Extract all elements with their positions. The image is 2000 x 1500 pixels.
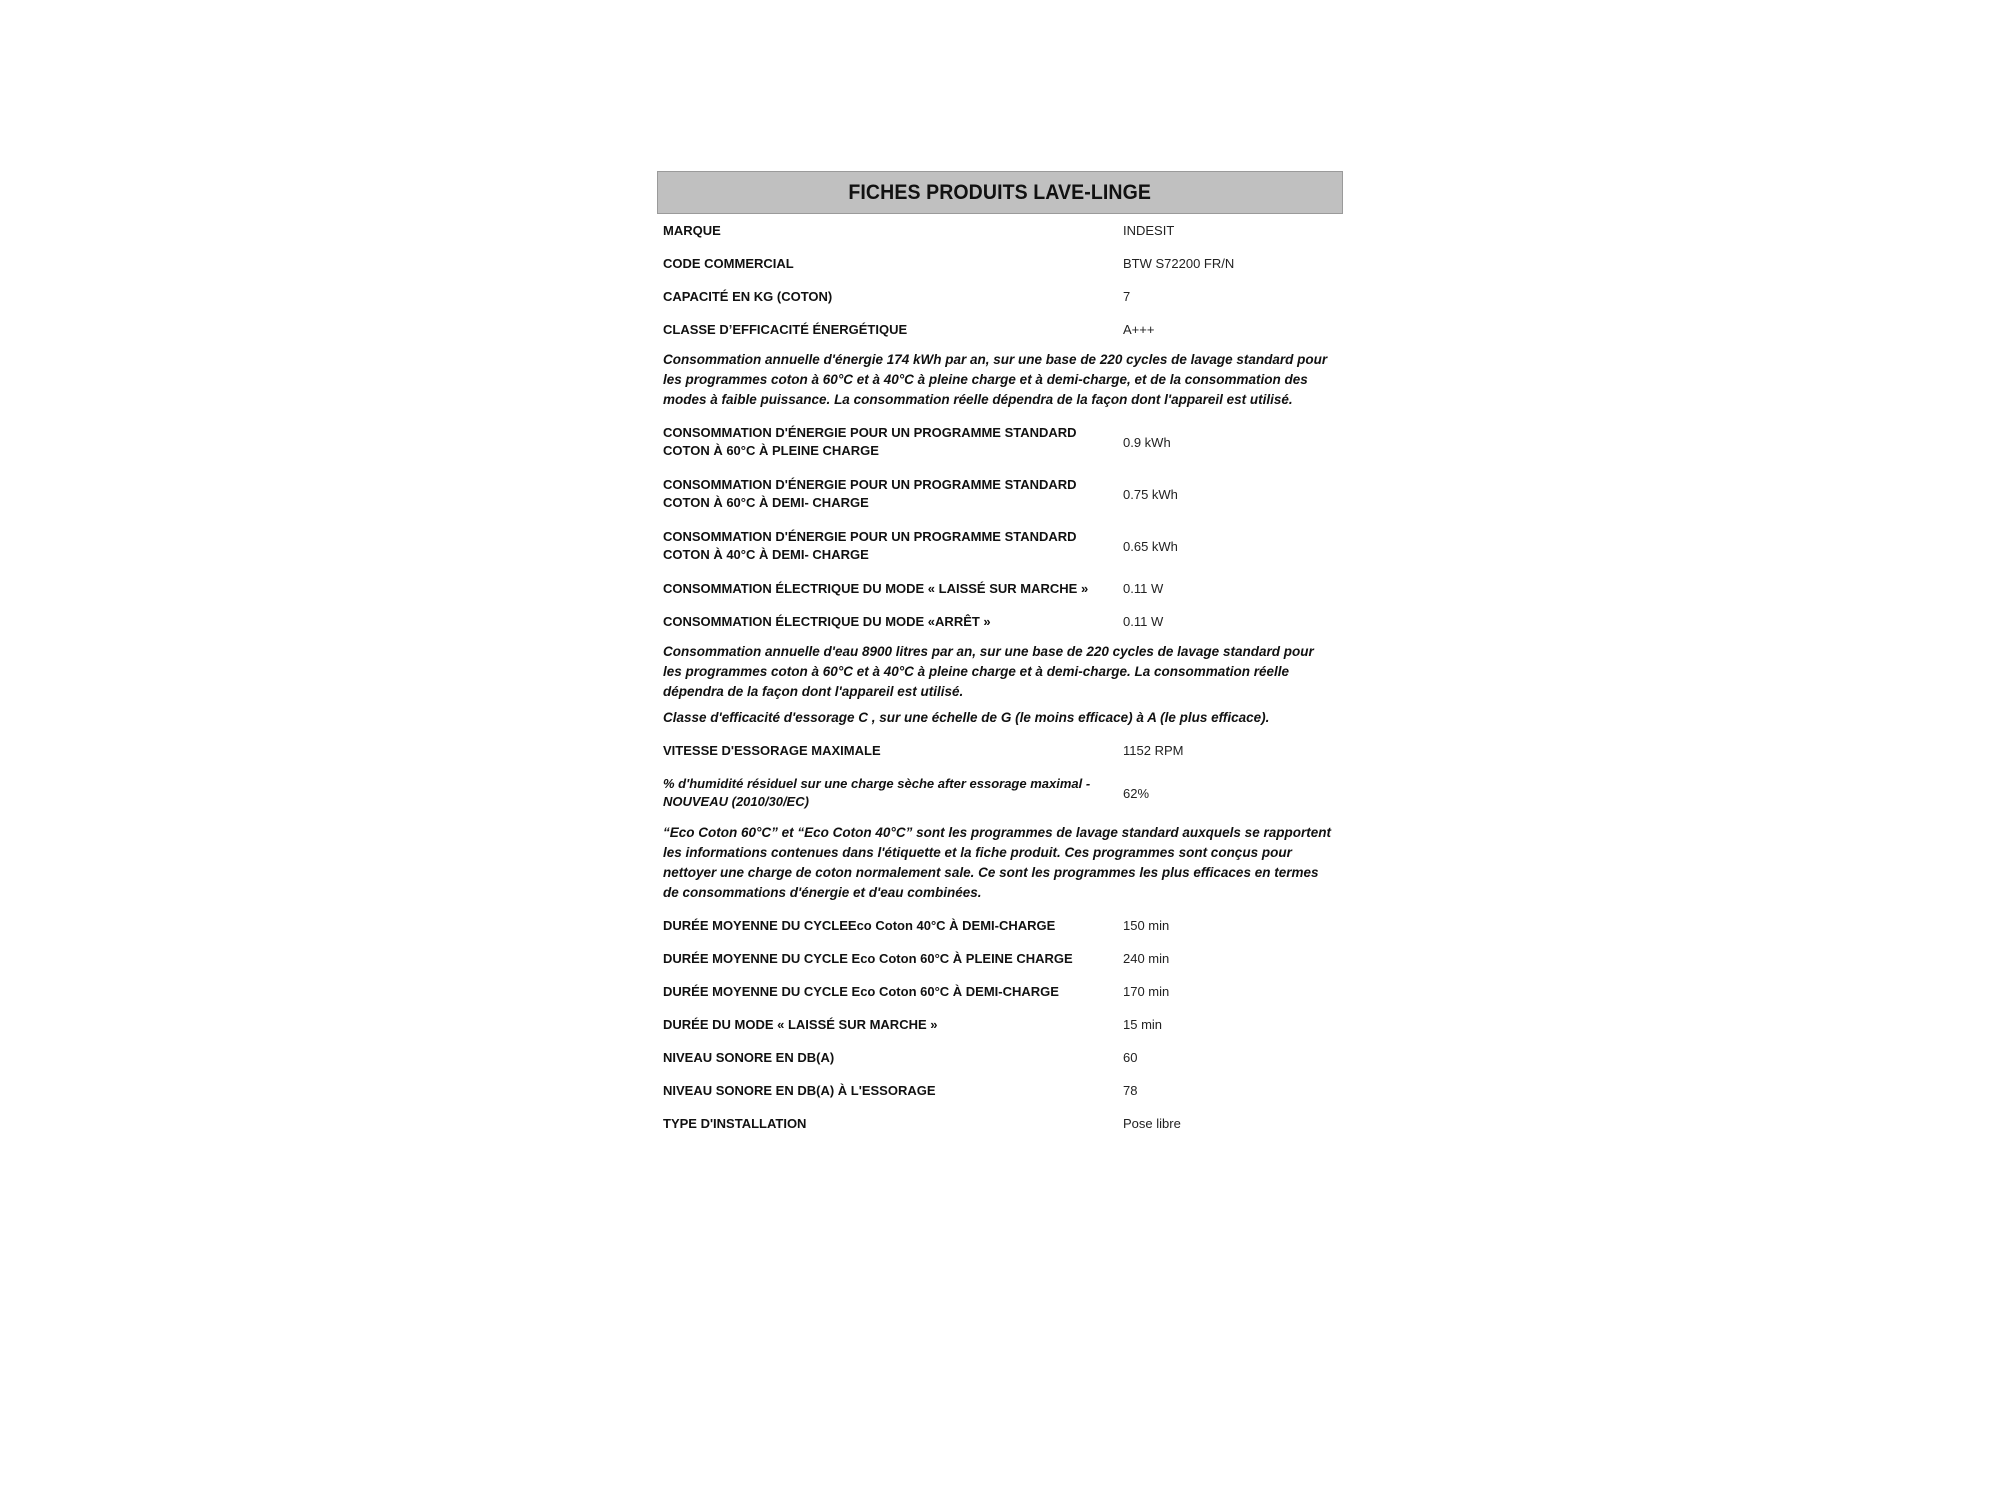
row-label: CONSOMMATION ÉLECTRIQUE DU MODE « LAISSÉ…: [663, 580, 1123, 598]
row-cycle-duration-60-half: DURÉE MOYENNE DU CYCLE Eco Coton 60°C À …: [663, 975, 1343, 1008]
row-max-spin-speed: VITESSE D'ESSORAGE MAXIMALE 1152 RPM: [663, 734, 1343, 767]
row-label: DURÉE MOYENNE DU CYCLE Eco Coton 60°C À …: [663, 983, 1123, 1001]
row-label: CODE COMMERCIAL: [663, 255, 1123, 273]
row-label: % d'humidité résiduel sur une charge sèc…: [663, 775, 1123, 811]
row-value: 15 min: [1123, 1017, 1343, 1032]
row-value: BTW S72200 FR/N: [1123, 256, 1343, 271]
water-consumption-note: Consommation annuelle d'eau 8900 litres …: [663, 642, 1331, 702]
row-value: 0.9 kWh: [1123, 435, 1343, 450]
row-label: DURÉE DU MODE « LAISSÉ SUR MARCHE »: [663, 1016, 1123, 1034]
row-label: CONSOMMATION ÉLECTRIQUE DU MODE «ARRÊT »: [663, 613, 1123, 631]
sheet-header: FICHES PRODUITS LAVE-LINGE: [657, 171, 1343, 214]
row-power-left-on: CONSOMMATION ÉLECTRIQUE DU MODE « LAISSÉ…: [663, 572, 1343, 605]
row-label: TYPE D'INSTALLATION: [663, 1115, 1123, 1133]
row-value: INDESIT: [1123, 223, 1343, 238]
row-value: 1152 RPM: [1123, 743, 1343, 758]
row-label: CONSOMMATION D'ÉNERGIE POUR UN PROGRAMME…: [663, 476, 1123, 512]
row-value: 170 min: [1123, 984, 1343, 999]
row-value: Pose libre: [1123, 1116, 1343, 1131]
row-label: NIVEAU SONORE EN DB(A) À L'ESSORAGE: [663, 1082, 1123, 1100]
row-commercial-code: CODE COMMERCIAL BTW S72200 FR/N: [663, 247, 1343, 280]
row-energy-40-half: CONSOMMATION D'ÉNERGIE POUR UN PROGRAMME…: [663, 520, 1343, 572]
row-energy-60-full: CONSOMMATION D'ÉNERGIE POUR UN PROGRAMME…: [663, 416, 1343, 468]
row-label: CONSOMMATION D'ÉNERGIE POUR UN PROGRAMME…: [663, 424, 1123, 460]
sheet-title: FICHES PRODUITS LAVE-LINGE: [849, 181, 1152, 205]
row-label: NIVEAU SONORE EN DB(A): [663, 1049, 1123, 1067]
row-brand: MARQUE INDESIT: [663, 214, 1343, 247]
row-value: 240 min: [1123, 951, 1343, 966]
row-energy-class: CLASSE D’EFFICACITÉ ÉNERGÉTIQUE A+++: [663, 313, 1343, 346]
row-cycle-duration-60-full: DURÉE MOYENNE DU CYCLE Eco Coton 60°C À …: [663, 942, 1343, 975]
energy-consumption-note: Consommation annuelle d'énergie 174 kWh …: [663, 350, 1331, 410]
row-installation-type: TYPE D'INSTALLATION Pose libre: [663, 1107, 1343, 1140]
eco-programs-note: “Eco Coton 60°C” et “Eco Coton 40°C” son…: [663, 823, 1331, 903]
row-label: CONSOMMATION D'ÉNERGIE POUR UN PROGRAMME…: [663, 528, 1123, 564]
product-sheet: FICHES PRODUITS LAVE-LINGE MARQUE INDESI…: [657, 171, 1343, 1140]
sheet-body: MARQUE INDESIT CODE COMMERCIAL BTW S7220…: [657, 214, 1343, 1140]
row-left-on-duration: DURÉE DU MODE « LAISSÉ SUR MARCHE » 15 m…: [663, 1008, 1343, 1041]
row-value: 0.11 W: [1123, 614, 1343, 629]
row-power-off: CONSOMMATION ÉLECTRIQUE DU MODE «ARRÊT »…: [663, 605, 1343, 638]
row-value: 7: [1123, 289, 1343, 304]
row-label: DURÉE MOYENNE DU CYCLE Eco Coton 60°C À …: [663, 950, 1123, 968]
row-label: VITESSE D'ESSORAGE MAXIMALE: [663, 742, 1123, 760]
row-value: 0.75 kWh: [1123, 487, 1343, 502]
row-residual-moisture: % d'humidité résiduel sur une charge sèc…: [663, 767, 1343, 819]
row-capacity: CAPACITÉ EN KG (COTON) 7: [663, 280, 1343, 313]
row-value: 60: [1123, 1050, 1343, 1065]
row-label: DURÉE MOYENNE DU CYCLEEco Coton 40°C À D…: [663, 917, 1123, 935]
row-label: MARQUE: [663, 222, 1123, 240]
row-noise-level: NIVEAU SONORE EN DB(A) 60: [663, 1041, 1343, 1074]
row-value: 0.65 kWh: [1123, 539, 1343, 554]
row-value: A+++: [1123, 322, 1343, 337]
row-value: 150 min: [1123, 918, 1343, 933]
row-energy-60-half: CONSOMMATION D'ÉNERGIE POUR UN PROGRAMME…: [663, 468, 1343, 520]
spin-efficiency-note: Classe d'efficacité d'essorage C , sur u…: [663, 708, 1331, 728]
row-value: 62%: [1123, 786, 1343, 801]
row-label: CLASSE D’EFFICACITÉ ÉNERGÉTIQUE: [663, 321, 1123, 339]
row-value: 0.11 W: [1123, 581, 1343, 596]
row-cycle-duration-40-half: DURÉE MOYENNE DU CYCLEEco Coton 40°C À D…: [663, 909, 1343, 942]
row-label: CAPACITÉ EN KG (COTON): [663, 288, 1123, 306]
row-noise-level-spin: NIVEAU SONORE EN DB(A) À L'ESSORAGE 78: [663, 1074, 1343, 1107]
row-value: 78: [1123, 1083, 1343, 1098]
